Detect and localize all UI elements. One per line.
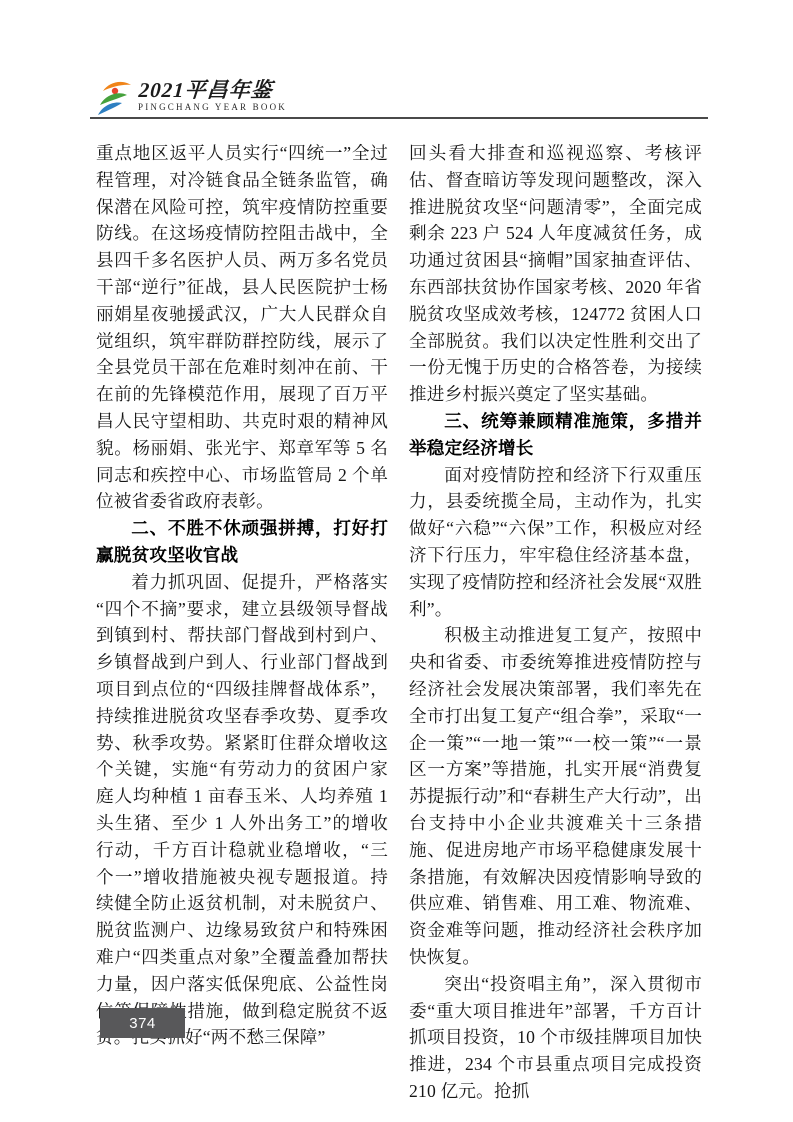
page-number-badge: 374 [100,1008,185,1038]
left-column: 重点地区返平人员实行“四统一”全过程管理，对冷链食品全链条监管，确保潜在风险可控… [96,140,388,1105]
yearbook-page: 2021平昌年鉴 PINGCHANG YEAR BOOK 重点地区返平人员实行“… [0,0,793,1122]
two-column-text: 重点地区返平人员实行“四统一”全过程管理，对冷链食品全链条监管，确保潜在风险可控… [96,140,702,1105]
paragraph-economic-pressure: 面对疫情防控和经济下行双重压力，县委统揽全局，主动作为，扎实做好“六稳”“六保”… [409,462,702,623]
section-heading-2: 二、不胜不休顽强拼搏，打好打赢脱贫攻坚收官战 [96,515,388,569]
right-column: 回头看大排查和巡视巡察、考核评估、督查暗访等发现问题整改，深入推进脱贫攻坚“问题… [409,140,702,1105]
page-number: 374 [129,1015,156,1032]
logo-text: 2021平昌年鉴 PINGCHANG YEAR BOOK [138,78,287,113]
logo-title: 2021平昌年鉴 [138,79,289,101]
paragraph-work-resumption: 积极主动推进复工复产，按照中央和省委、市委统筹推进疫情防控与经济社会发展决策部署… [409,622,702,970]
paragraph-epidemic-continuation: 重点地区返平人员实行“四统一”全过程管理，对冷链食品全链条监管，确保潜在风险可控… [96,140,388,515]
paragraph-investment: 突出“投资唱主角”，深入贯彻市委“重大项目推进年”部署，千方百计抓项目投资，10… [409,971,702,1105]
logo-subtitle: PINGCHANG YEAR BOOK [138,102,287,113]
header-divider [90,117,708,119]
section-heading-3: 三、统筹兼顾精准施策，多措并举稳定经济增长 [409,408,702,462]
runner-swoosh-logo-icon [94,78,134,118]
paragraph-poverty-alleviation: 着力抓巩固、促提升，严格落实“四个不摘”要求，建立县级领导督战到镇到村、帮扶部门… [96,569,388,1051]
paragraph-poverty-results-continuation: 回头看大排查和巡视巡察、考核评估、督查暗访等发现问题整改，深入推进脱贫攻坚“问题… [409,140,702,408]
yearbook-logo: 2021平昌年鉴 PINGCHANG YEAR BOOK [94,78,287,118]
